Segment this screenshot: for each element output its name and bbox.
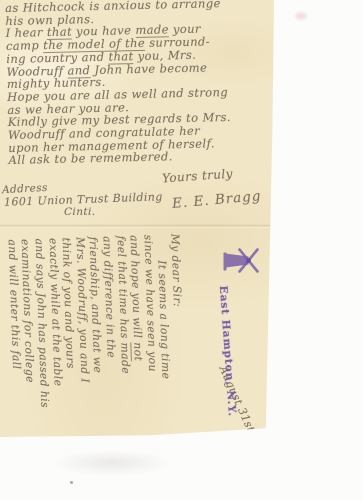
letterhead: East Hampton, N.Y. [212, 242, 264, 422]
signature: E. E. Bragg [171, 188, 262, 212]
windmill-icon [218, 244, 262, 280]
fold-crease [0, 224, 272, 228]
address-city: Cinti. [64, 206, 95, 218]
dust-speck [70, 481, 73, 484]
pink-smudge [293, 10, 309, 22]
letter-bottom-page: August 31st East Ha [0, 230, 270, 433]
letter-bottom-text: My dear Sir:It seems a long timesince we… [5, 234, 189, 438]
letter-scan-paper: as Hitchcock is anxious to arrangehis ow… [0, 0, 274, 437]
letter-closing: Yours truly [162, 167, 234, 186]
letterhead-place: East Hampton, N.Y. [217, 285, 238, 417]
scan-shadow-smudge [52, 450, 172, 476]
letter-top-text: as Hitchcock is anxious to arrangehis ow… [5, 0, 275, 167]
letter-scan: as Hitchcock is anxious to arrangehis ow… [0, 0, 363, 500]
